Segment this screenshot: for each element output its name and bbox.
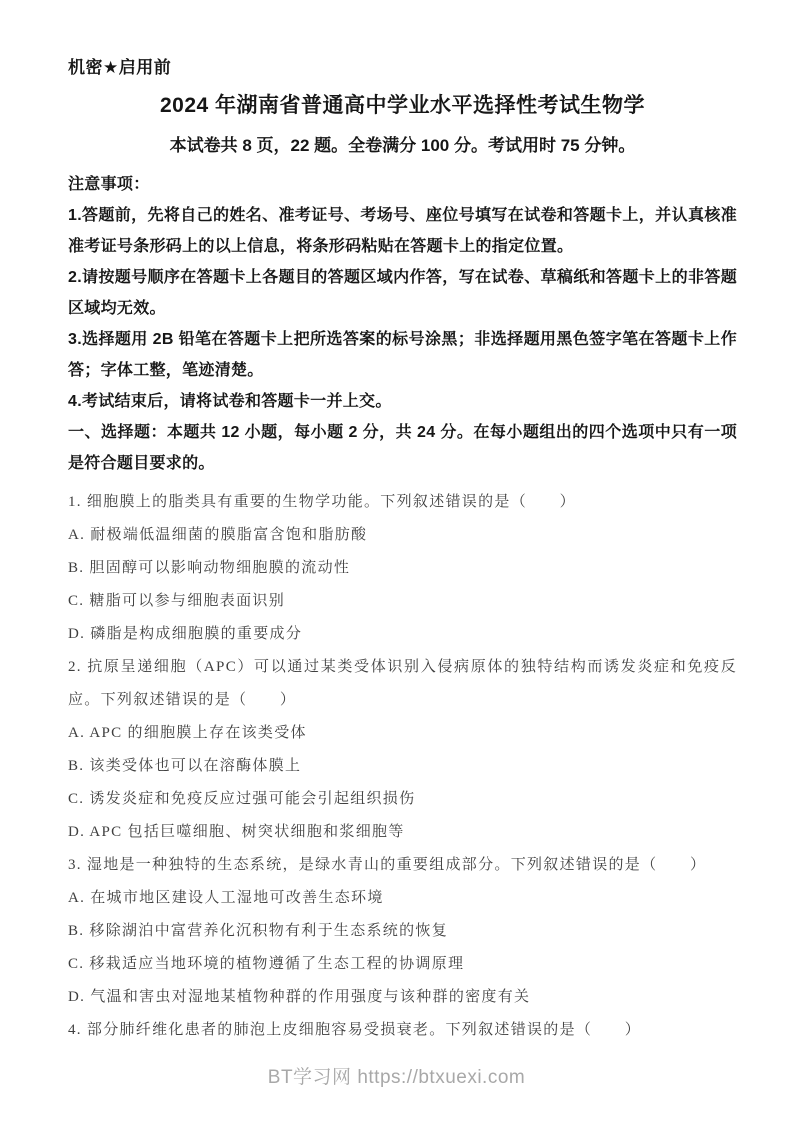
question-3-option-a: A. 在城市地区建设人工湿地可改善生态环境 [68,882,737,915]
exam-page: 机密★启用前 2024 年湖南省普通高中学业水平选择性考试生物学 本试卷共 8 … [0,0,793,1122]
exam-subtitle: 本试卷共 8 页，22 题。全卷满分 100 分。考试用时 75 分钟。 [68,136,737,156]
question-3-option-d: D. 气温和害虫对湿地某植物种群的作用强度与该种群的密度有关 [68,981,737,1014]
question-2-stem: 2. 抗原呈递细胞（APC）可以通过某类受体识别入侵病原体的独特结构而诱发炎症和… [68,651,737,717]
notices-heading: 注意事项： [68,169,737,200]
section-heading: 一、选择题：本题共 12 小题，每小题 2 分，共 24 分。在每小题组出的四个… [68,417,737,479]
notice-item-1: 1.答题前，先将自己的姓名、准考证号、考场号、座位号填写在试卷和答题卡上，并认真… [68,200,737,262]
exam-title: 2024 年湖南省普通高中学业水平选择性考试生物学 [68,93,737,119]
question-1-stem: 1. 细胞膜上的脂类具有重要的生物学功能。下列叙述错误的是（ ） [68,486,737,519]
notice-item-3: 3.选择题用 2B 铅笔在答题卡上把所选答案的标号涂黑；非选择题用黑色签字笔在答… [68,324,737,386]
question-1-option-b: B. 胆固醇可以影响动物细胞膜的流动性 [68,552,737,585]
question-2-option-b: B. 该类受体也可以在溶酶体膜上 [68,750,737,783]
question-3-option-c: C. 移栽适应当地环境的植物遵循了生态工程的协调原理 [68,948,737,981]
watermark-footer: BT学习网 https://btxuexi.com [0,1062,793,1089]
question-1: 1. 细胞膜上的脂类具有重要的生物学功能。下列叙述错误的是（ ） A. 耐极端低… [68,486,737,651]
question-2: 2. 抗原呈递细胞（APC）可以通过某类受体识别入侵病原体的独特结构而诱发炎症和… [68,651,737,849]
question-3-option-b: B. 移除湖泊中富营养化沉积物有利于生态系统的恢复 [68,915,737,948]
question-2-option-d: D. APC 包括巨噬细胞、树突状细胞和浆细胞等 [68,816,737,849]
question-3-stem: 3. 湿地是一种独特的生态系统，是绿水青山的重要组成部分。下列叙述错误的是（ ） [68,849,737,882]
question-1-option-d: D. 磷脂是构成细胞膜的重要成分 [68,618,737,651]
question-2-option-a: A. APC 的细胞膜上存在该类受体 [68,717,737,750]
question-2-option-c: C. 诱发炎症和免疫反应过强可能会引起组织损伤 [68,783,737,816]
questions-block: 1. 细胞膜上的脂类具有重要的生物学功能。下列叙述错误的是（ ） A. 耐极端低… [68,486,737,1047]
question-4: 4. 部分肺纤维化患者的肺泡上皮细胞容易受损衰老。下列叙述错误的是（ ） [68,1014,737,1047]
notice-item-4: 4.考试结束后，请将试卷和答题卡一并上交。 [68,386,737,417]
notices-block: 注意事项： 1.答题前，先将自己的姓名、准考证号、考场号、座位号填写在试卷和答题… [68,169,737,417]
question-3: 3. 湿地是一种独特的生态系统，是绿水青山的重要组成部分。下列叙述错误的是（ ）… [68,849,737,1014]
question-1-option-a: A. 耐极端低温细菌的膜脂富含饱和脂肪酸 [68,519,737,552]
question-4-stem: 4. 部分肺纤维化患者的肺泡上皮细胞容易受损衰老。下列叙述错误的是（ ） [68,1014,737,1047]
confidential-label: 机密★启用前 [68,58,737,78]
notice-item-2: 2.请按题号顺序在答题卡上各题目的答题区域内作答，写在试卷、草稿纸和答题卡上的非… [68,262,737,324]
question-1-option-c: C. 糖脂可以参与细胞表面识别 [68,585,737,618]
